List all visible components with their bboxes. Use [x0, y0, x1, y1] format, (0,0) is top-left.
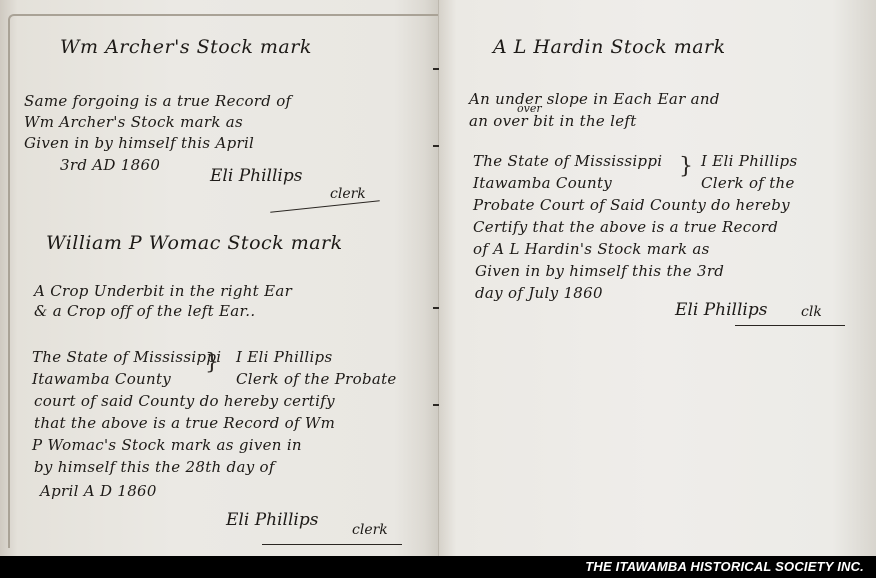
right-page: A L Hardin Stock mark over An under slop… [439, 0, 876, 556]
certificate-clerk-title: Clerk of the [701, 174, 795, 192]
entry-line: Wm Archer's Stock mark as [24, 113, 243, 131]
certificate-state: The State of Mississippi [32, 348, 221, 366]
certificate-line: that the above is a true Record of Wm [34, 414, 335, 432]
certificate-line: by himself this the 28th day of [34, 458, 275, 476]
signature-underline [270, 200, 380, 212]
certificate-line: P Womac's Stock mark as given in [32, 436, 302, 454]
signature-title: clk [801, 304, 822, 320]
signature-underline [735, 325, 845, 326]
signature-eli-phillips: Eli Phillips [226, 510, 318, 530]
certificate-clerk-name: I Eli Phillips [236, 348, 332, 366]
certificate-clerk-title: Clerk of the Probate [236, 370, 397, 388]
entry-line: & a Crop off of the left Ear.. [34, 302, 255, 320]
entry-title-hardin: A L Hardin Stock mark [493, 36, 726, 58]
entry-line: A Crop Underbit in the right Ear [34, 282, 292, 300]
signature-eli-phillips: Eli Phillips [210, 166, 302, 186]
signature-underline [262, 544, 402, 545]
certificate-line: Certify that the above is a true Record [473, 218, 778, 236]
ledger-book-spread: Wm Archer's Stock mark Same forgoing is … [0, 0, 876, 556]
left-page: Wm Archer's Stock mark Same forgoing is … [0, 0, 439, 556]
brace-icon: } [205, 350, 219, 375]
certificate-county: Itawamba County [32, 370, 171, 388]
signature-title: clerk [330, 186, 366, 202]
signature-eli-phillips: Eli Phillips [675, 300, 767, 320]
certificate-line: April A D 1860 [40, 482, 157, 500]
entry-line: An under slope in Each Ear and [469, 90, 720, 108]
entry-title-archer: Wm Archer's Stock mark [60, 36, 312, 58]
certificate-county: Itawamba County [473, 174, 612, 192]
entry-line: 3rd AD 1860 [60, 156, 160, 174]
certificate-line: day of July 1860 [475, 284, 603, 302]
certificate-state: The State of Mississippi [473, 152, 662, 170]
entry-line: Given in by himself this April [24, 134, 254, 152]
certificate-clerk-name: I Eli Phillips [701, 152, 797, 170]
certificate-line: court of said County do hereby certify [34, 392, 335, 410]
certificate-line: Probate Court of Said County do hereby [473, 196, 790, 214]
certificate-line: Given in by himself this the 3rd [475, 262, 724, 280]
caption-bar: THE ITAWAMBA HISTORICAL SOCIETY INC. [0, 556, 876, 578]
entry-line: an over bit in the left [469, 112, 637, 130]
brace-icon: } [679, 154, 693, 179]
entry-line: Same forgoing is a true Record of [24, 92, 291, 110]
certificate-line: of A L Hardin's Stock mark as [473, 240, 710, 258]
signature-title: clerk [352, 522, 388, 538]
entry-title-womac: William P Womac Stock mark [46, 232, 343, 254]
caption-credit: THE ITAWAMBA HISTORICAL SOCIETY INC. [585, 559, 864, 574]
